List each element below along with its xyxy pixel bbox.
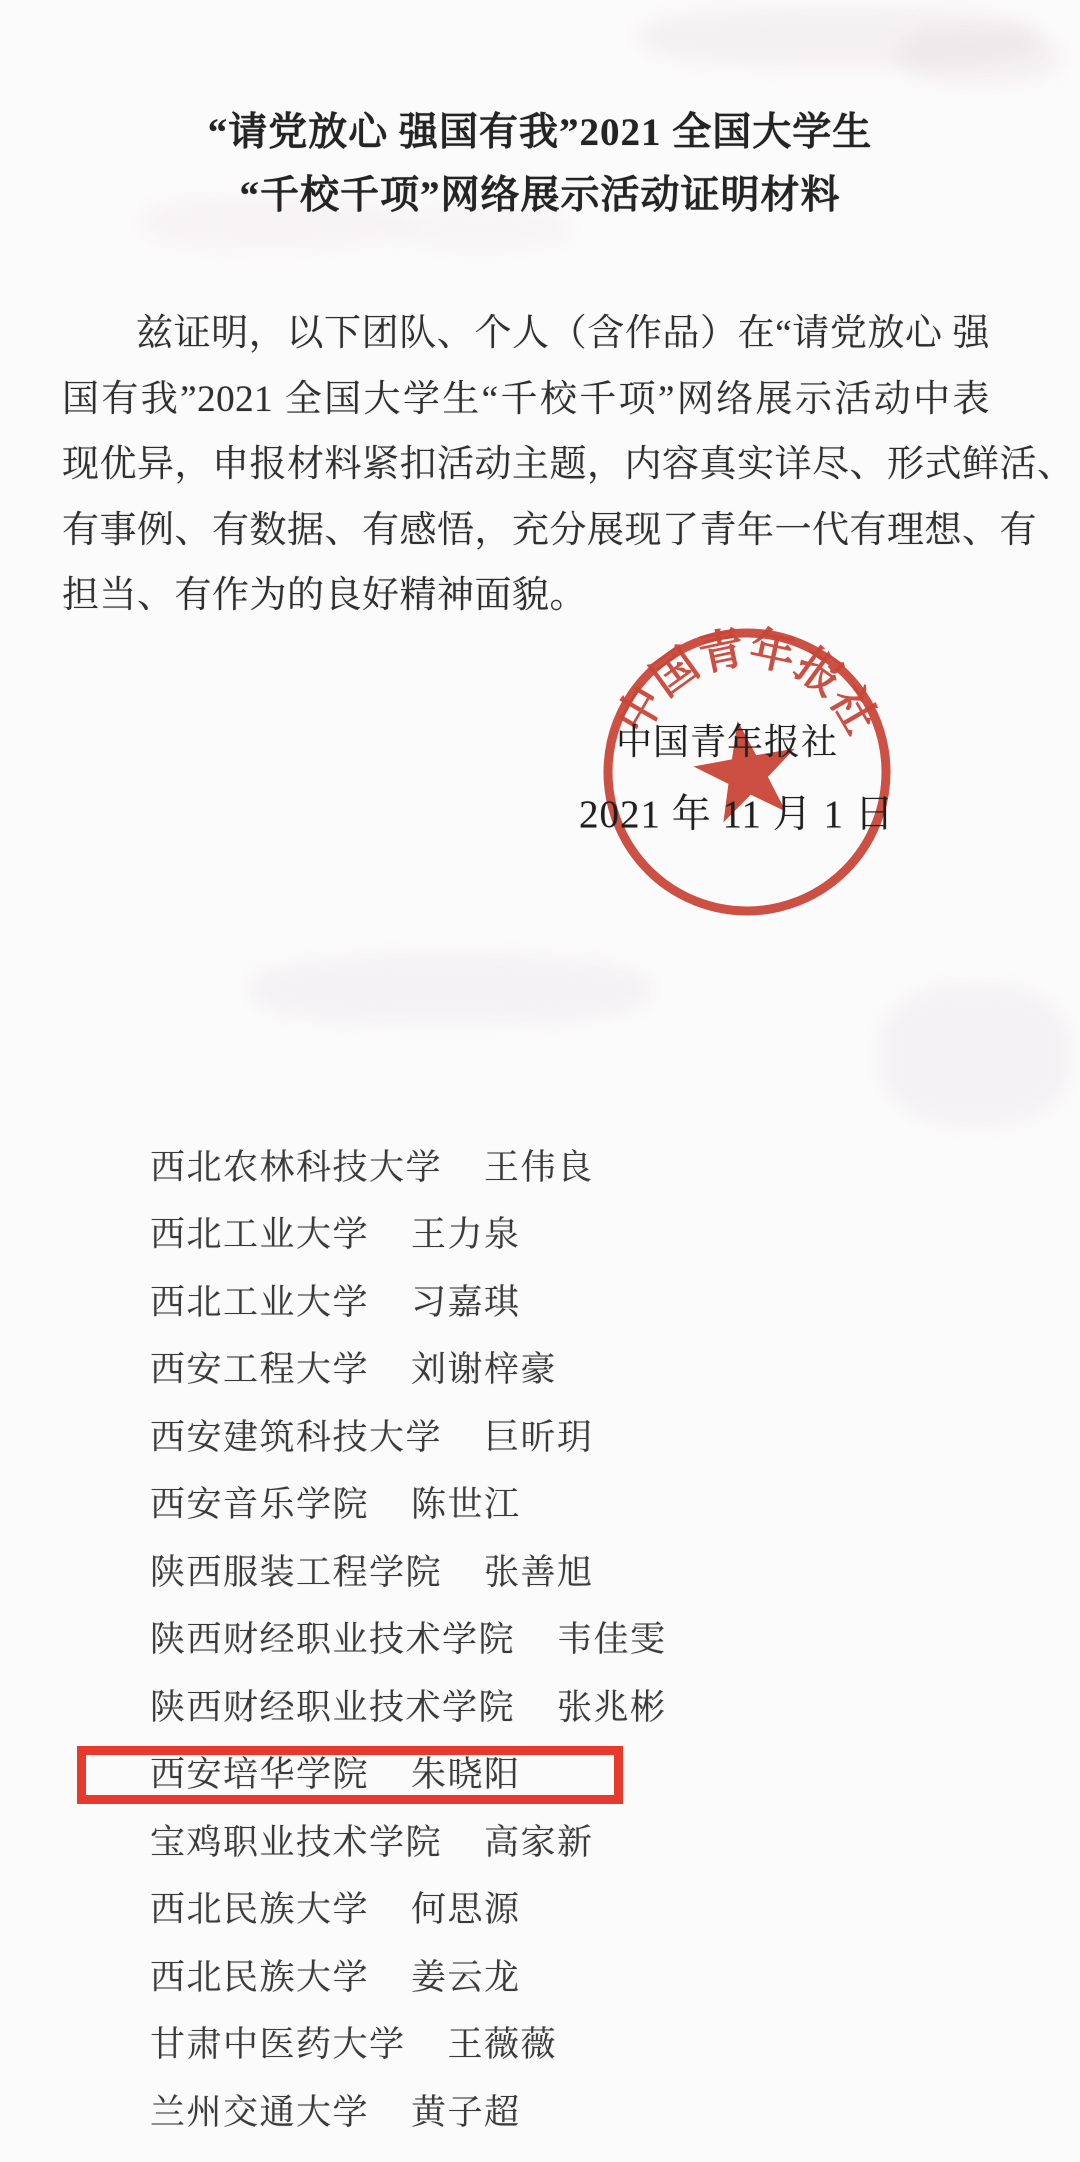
person-name: 张善旭 [484, 1545, 594, 1595]
school-name: 西北农林科技大学 [150, 1140, 442, 1190]
school-name: 西安音乐学院 [150, 1477, 369, 1527]
list-item: 西安工程大学刘谢梓豪 [0, 1334, 1080, 1402]
school-name: 兰州交通大学 [150, 2085, 369, 2135]
person-name: 王伟良 [484, 1140, 594, 1190]
issue-date: 2021 年 11 月 1 日 [579, 783, 895, 839]
list-item: 西安音乐学院陈世江 [0, 1469, 1080, 1537]
list-item: 兰州交通大学黄子超 [0, 2076, 1080, 2144]
person-name: 习嘉琪 [411, 1275, 521, 1325]
body-line: 有事例、有数据、有感悟，充分展现了青年一代有理想、有 [62, 498, 990, 564]
list-item: 宝鸡职业技术学院高家新 [0, 1806, 1080, 1874]
list-item: 陕西财经职业技术学院韦佳雯 [0, 1604, 1080, 1672]
school-name: 西安培华学院 [150, 1747, 369, 1797]
list-item: 西北工业大学习嘉琪 [0, 1266, 1080, 1334]
recipient-list: 西北农林科技大学王伟良西北工业大学王力泉西北工业大学习嘉琪西安工程大学刘谢梓豪西… [0, 1131, 1080, 2144]
person-name: 陈世江 [411, 1477, 521, 1527]
list-item: 西北农林科技大学王伟良 [0, 1131, 1080, 1199]
list-item: 甘肃中医药大学王薇薇 [0, 2009, 1080, 2077]
person-name: 王薇薇 [448, 2017, 558, 2067]
school-name: 陕西服装工程学院 [150, 1545, 442, 1595]
person-name: 朱晓阳 [411, 1747, 521, 1797]
person-name: 何思源 [411, 1882, 521, 1932]
body-line: 担当、有作为的良好精神面貌。 [62, 563, 990, 629]
school-name: 西北民族大学 [150, 1882, 369, 1932]
scan-bleedthrough-smudge [250, 955, 650, 1025]
body-line: 现优异，申报材料紧扣活动主题，内容真实详尽、形式鲜活、 [62, 432, 990, 498]
list-item: 西北民族大学姜云龙 [0, 1941, 1080, 2009]
person-name: 张兆彬 [557, 1680, 667, 1730]
scan-bleedthrough-smudge [900, 30, 1060, 85]
school-name: 西安建筑科技大学 [150, 1410, 442, 1460]
school-name: 西安工程大学 [150, 1342, 369, 1392]
official-seal-stamp: 中国青年报社 [597, 622, 897, 922]
document-title: “请党放心 强国有我”2021 全国大学生 “千校千项”网络展示活动证明材料 [0, 101, 1080, 227]
list-item: 陕西财经职业技术学院张兆彬 [0, 1671, 1080, 1739]
list-item: 陕西服装工程学院张善旭 [0, 1536, 1080, 1604]
person-name: 王力泉 [411, 1207, 521, 1257]
body-line: 国有我”2021 全国大学生“千校千项”网络展示活动中表 [62, 367, 990, 433]
scan-bleedthrough-smudge [880, 985, 1070, 1125]
body-line: 兹证明，以下团队、个人（含作品）在“请党放心 强 [62, 301, 990, 367]
person-name: 高家新 [484, 1815, 594, 1865]
school-name: 宝鸡职业技术学院 [150, 1815, 442, 1865]
school-name: 西北工业大学 [150, 1207, 369, 1257]
person-name: 姜云龙 [411, 1950, 521, 2000]
document-title-line1: “请党放心 强国有我”2021 全国大学生 [0, 101, 1080, 164]
scan-bleedthrough-smudge [640, 6, 1040, 68]
person-name: 黄子超 [411, 2085, 521, 2135]
person-name: 韦佳雯 [557, 1612, 667, 1662]
list-item: 西安建筑科技大学巨昕玥 [0, 1401, 1080, 1469]
certificate-body: 兹证明，以下团队、个人（含作品）在“请党放心 强国有我”2021 全国大学生“千… [62, 301, 990, 629]
list-item-highlighted: 西安培华学院朱晓阳 [0, 1739, 1080, 1807]
list-item: 西北民族大学何思源 [0, 1874, 1080, 1942]
school-name: 甘肃中医药大学 [150, 2017, 406, 2067]
person-name: 刘谢梓豪 [411, 1342, 557, 1392]
person-name: 巨昕玥 [484, 1410, 594, 1460]
document-title-line2: “千校千项”网络展示活动证明材料 [0, 164, 1080, 227]
list-item: 西北工业大学王力泉 [0, 1199, 1080, 1267]
school-name: 陕西财经职业技术学院 [150, 1680, 515, 1730]
red-seal-icon: 中国青年报社 [597, 622, 897, 922]
school-name: 西北工业大学 [150, 1275, 369, 1325]
school-name: 陕西财经职业技术学院 [150, 1612, 515, 1662]
school-name: 西北民族大学 [150, 1950, 369, 2000]
issuer-name: 中国青年报社 [616, 714, 838, 765]
